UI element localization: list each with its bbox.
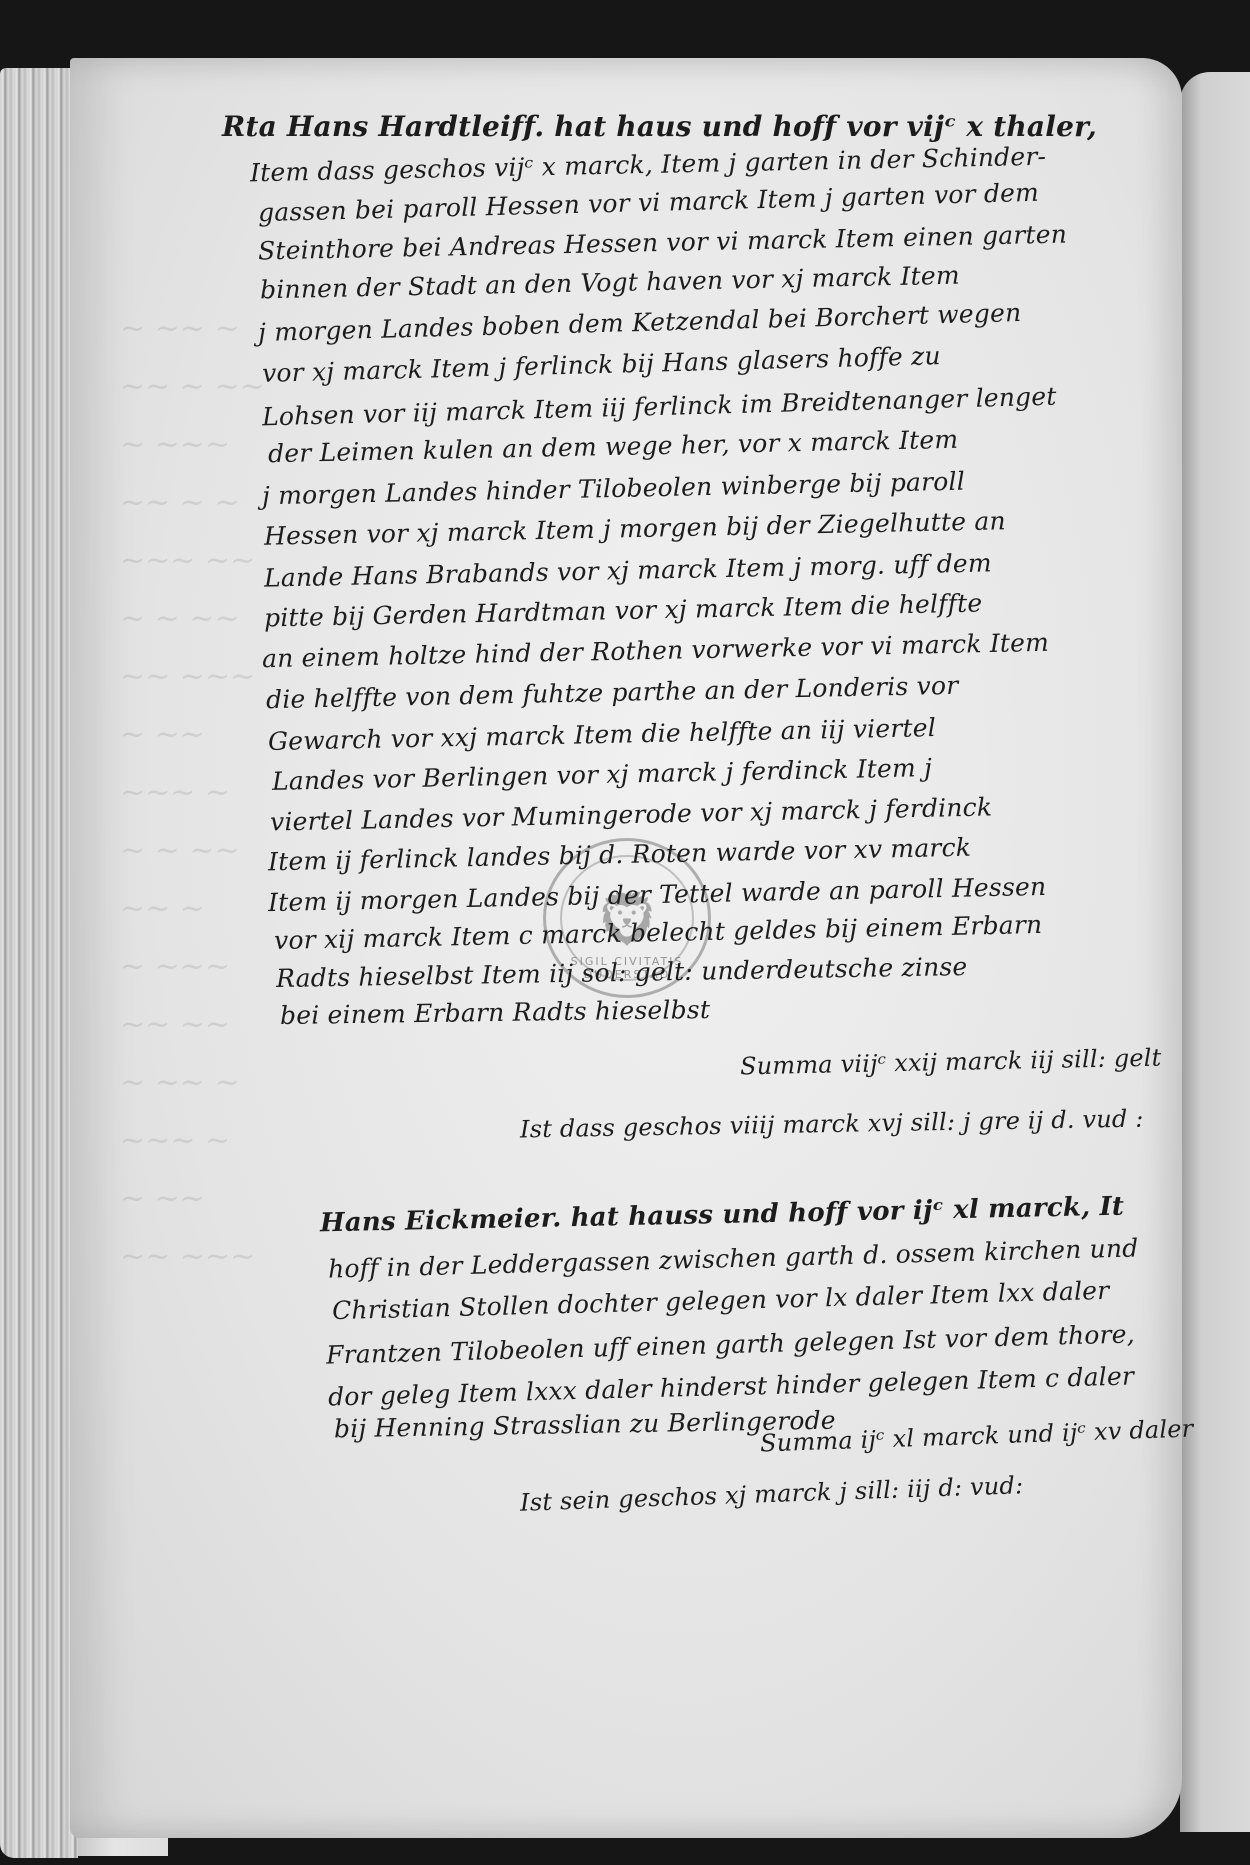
entry-summa: Summa viijᶜ xxij marck iij sill: gelt (740, 1044, 1162, 1081)
entry-line: die helffte von dem fuhtze parthe an der… (266, 671, 959, 714)
entry-line: Item ij morgen Landes bij der Tettel war… (268, 872, 1047, 917)
entry-line: Landes vor Berlingen vor xj marck j ferd… (272, 753, 933, 796)
entry-geschoss: Ist dass geschos viiij marck xvj sill: j… (520, 1105, 1144, 1144)
entry-line: bei einem Erbarn Radts hieselbst (280, 995, 710, 1030)
entry-line: Frantzen Tilobeolen uff einen garth gele… (326, 1319, 1135, 1369)
entry-line: Lande Hans Brabands vor xj marck Item j … (264, 548, 992, 592)
entry-line: Hessen vor xj marck Item j morgen bij de… (264, 506, 1006, 551)
entry-line-heading: Hans Eickmeier. hat hauss und hoff vor i… (320, 1192, 1125, 1239)
entry-line: der Leimen kulen an dem wege her, vor x … (268, 425, 959, 468)
entry-line: hoff in der Leddergassen zwischen garth … (328, 1233, 1139, 1283)
entry-line: j morgen Landes hinder Tilobeolen winber… (262, 467, 965, 511)
entry-line-heading: Rta Hans Hardtleiff. hat haus und hoff v… (222, 110, 1097, 143)
entry-geschoss: Ist sein geschos xj marck j sill: iij d:… (520, 1471, 1024, 1517)
entry-line: dor geleg Item lxxx daler hinderst hinde… (328, 1361, 1135, 1411)
entry-line: binnen der Stadt an den Vogt haven vor x… (260, 261, 960, 305)
entry-line: Gewarch vor xxj marck Item die helffte a… (268, 713, 936, 756)
entry-line: viertel Landes vor Mumingerode vor xj ma… (270, 792, 993, 836)
entry-line: an einem holtze hind der Rothen vorwerke… (262, 628, 1050, 673)
entry-line: j morgen Landes boben dem Ketzendal bei … (258, 298, 1022, 347)
entry-line: vor xij marck Item c marck belecht gelde… (274, 910, 1043, 955)
entry-line: vor xj marck Item j ferlinck bij Hans gl… (262, 341, 941, 388)
entry-line: Steinthore bei Andreas Hessen vor vi mar… (258, 220, 1068, 266)
entry-line: Christian Stollen dochter gelegen vor lx… (332, 1276, 1110, 1325)
entry-line: Lohsen vor iij marck Item iij ferlinck i… (262, 382, 1057, 432)
entry-line: Radts hieselbst Item iij sol: gelt: unde… (276, 952, 968, 993)
entry-line: Item ij ferlinck landes bij d. Roten war… (268, 833, 972, 877)
entry-line: pitte bij Gerden Hardtman vor xj marck I… (264, 588, 983, 632)
entry-line: gassen bei paroll Hessen vor vi marck It… (258, 178, 1040, 227)
entries: Rta Hans Hardtleiff. hat haus und hoff v… (0, 0, 1250, 1865)
